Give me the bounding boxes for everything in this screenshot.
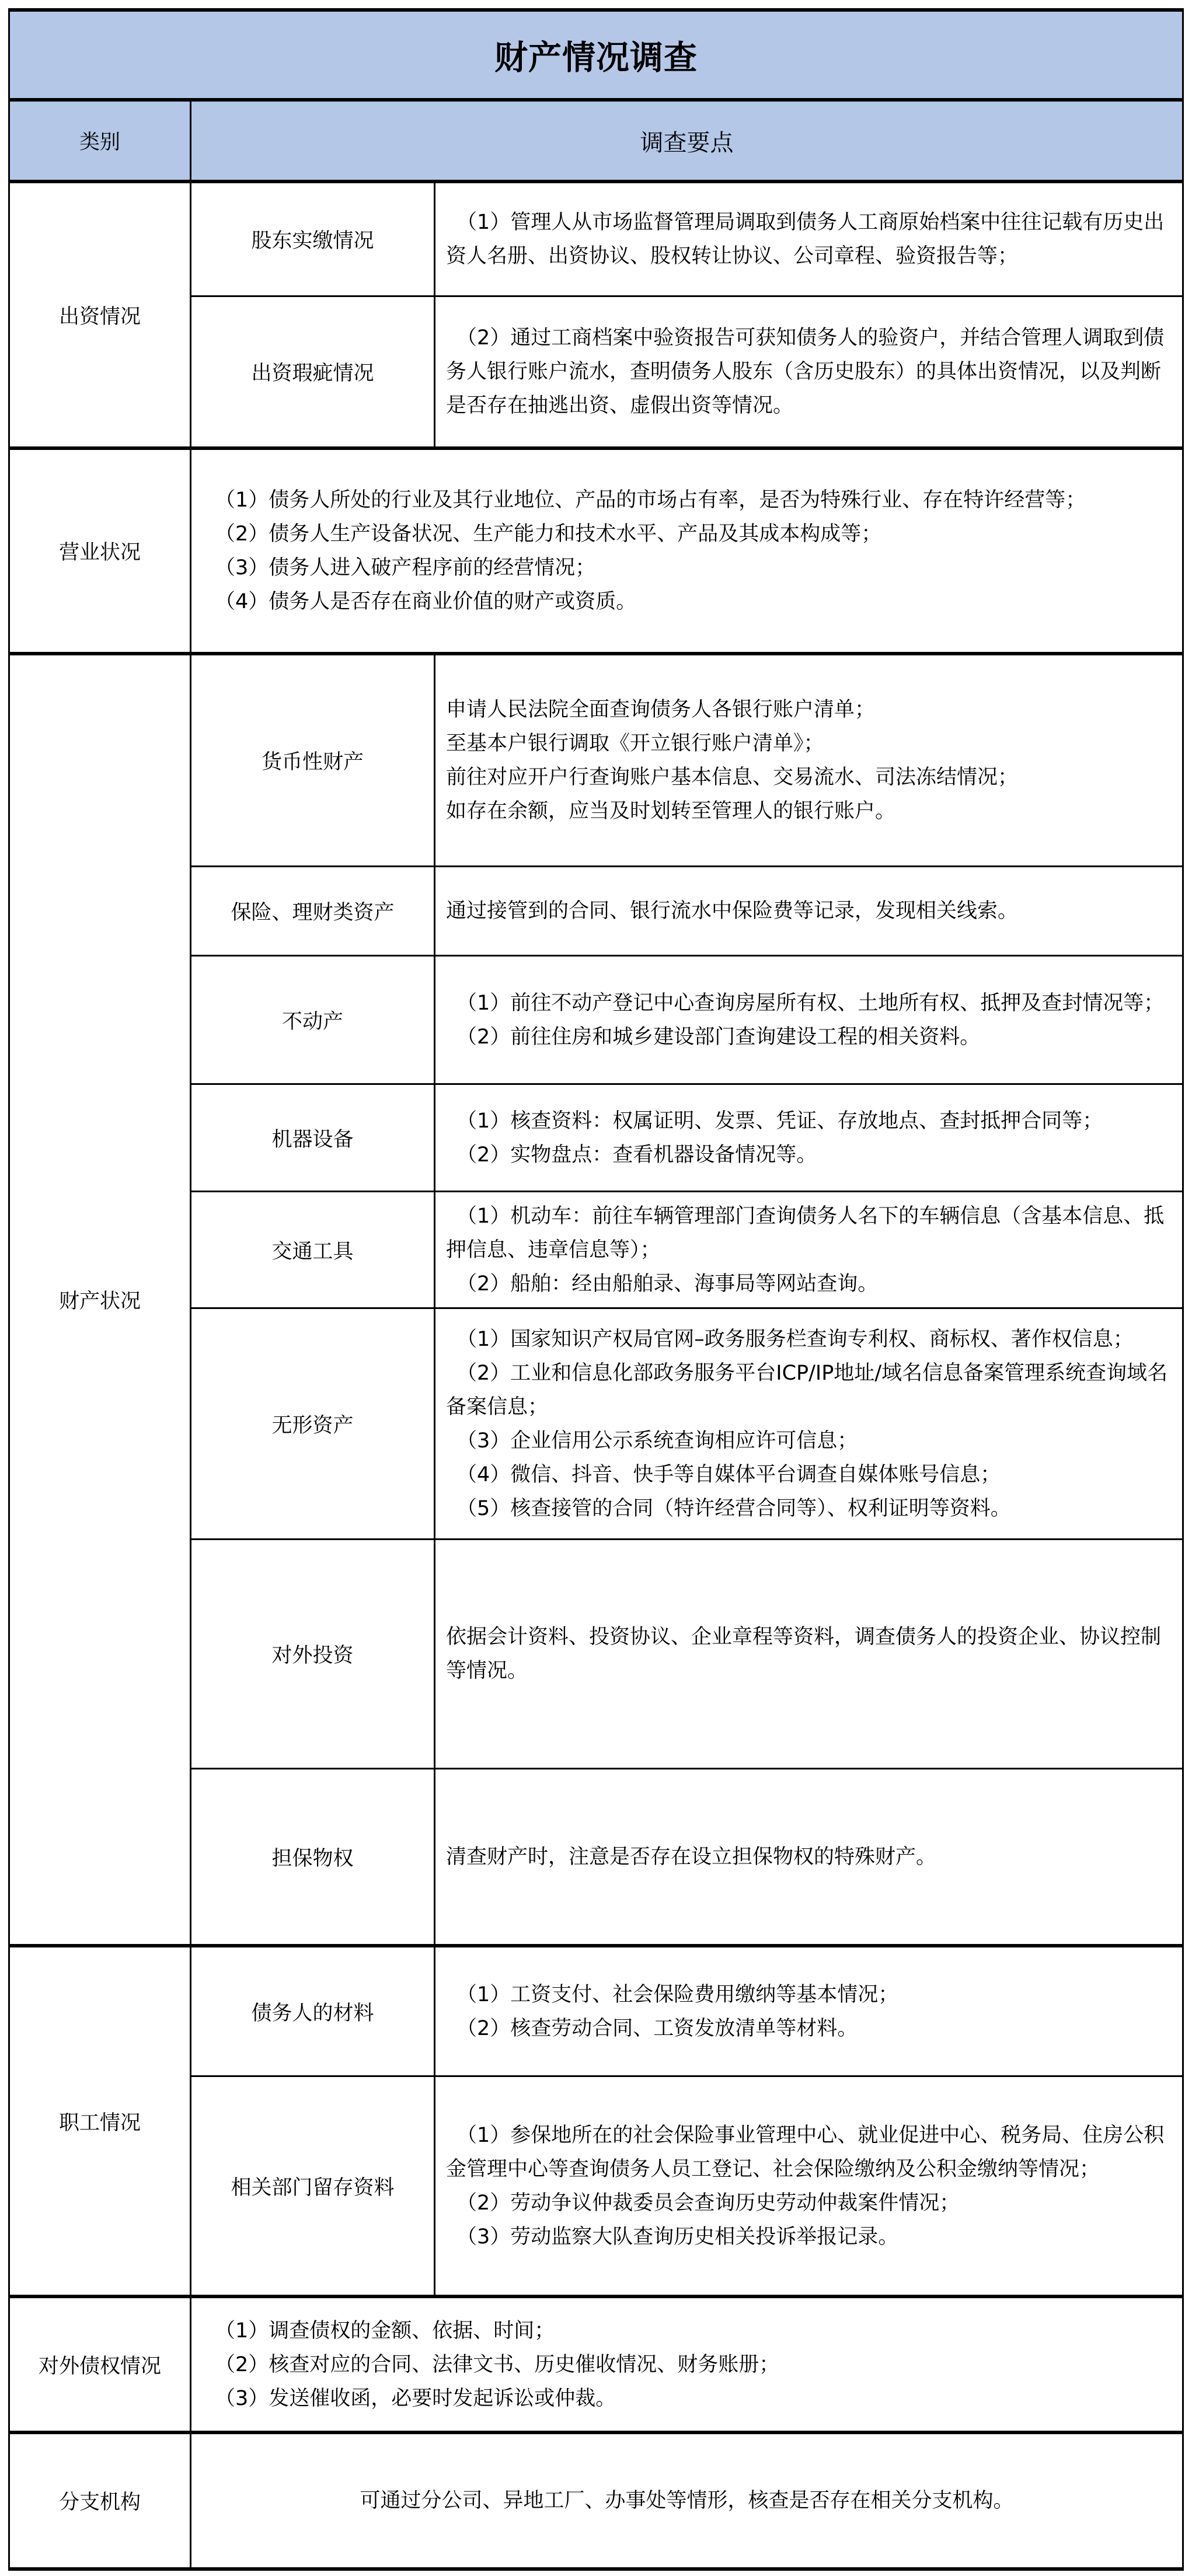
detail-line: 前往对应开户行查询账户基本信息、交易流水、司法冻结情况； — [446, 760, 1172, 794]
category-cell: 营业状况 — [10, 450, 190, 652]
table-row: 交通工具 （1）机动车：前往车辆管理部门查询债务人名下的车辆信息（含基本信息、抵… — [191, 1192, 1182, 1307]
detail-cell: （1）管理人从市场监督管理局调取到债务人工商原始档案中往往记载有历史出资人名册、… — [435, 183, 1182, 295]
subcategory-cell: 无形资产 — [191, 1309, 434, 1538]
detail-line: （3）发送催收函，必要时发起诉讼或仲裁。 — [204, 2382, 1172, 2416]
detail-cell: 可通过分公司、异地工厂、办事处等情形，核查是否存在相关分支机构。 — [191, 2434, 1182, 2567]
detail-line: 通过接管到的合同、银行流水中保险费等记录，发现相关线索。 — [446, 894, 1172, 928]
detail-cell: 依据会计资料、投资协议、企业章程等资料，调查债务人的投资企业、协议控制等情况。 — [435, 1540, 1182, 1768]
table-row: 机器设备 （1）核查资料：权属证明、发票、凭证、存放地点、查封抵押合同等； （2… — [191, 1085, 1182, 1191]
detail-line: （1）管理人从市场监督管理局调取到债务人工商原始档案中往往记载有历史出资人名册、… — [446, 205, 1172, 273]
detail-line: （2）工业和信息化部政务服务平台ICP/IP地址/域名信息备案管理系统查询域名备… — [446, 1356, 1172, 1424]
detail-line: （1）参保地所在的社会保险事业管理中心、就业促进中心、税务局、住房公积金管理中心… — [446, 2118, 1172, 2186]
detail-line: （5）核查接管的合同（特许经营合同等）、权利证明等资料。 — [446, 1492, 1172, 1526]
category-cell: 出资情况 — [10, 183, 190, 446]
detail-line: （1）调查债权的金额、依据、时间； — [204, 2314, 1172, 2348]
detail-line: （2）前往住房和城乡建设部门查询建设工程的相关资料。 — [446, 1020, 1172, 1054]
detail-line: 如存在余额，应当及时划转至管理人的银行账户。 — [446, 794, 1172, 828]
table-row: 债务人的材料 （1）工资支付、社会保险费用缴纳等基本情况； （2）核查劳动合同、… — [191, 1947, 1182, 2075]
subcategory-cell: 出资瑕疵情况 — [191, 297, 434, 446]
detail-line: 可通过分公司、异地工厂、办事处等情形，核查是否存在相关分支机构。 — [360, 2484, 1013, 2518]
subcategory-cell: 机器设备 — [191, 1085, 434, 1191]
table-row: 无形资产 （1）国家知识产权局官网–政务服务栏查询专利权、商标权、著作权信息； … — [191, 1309, 1182, 1538]
detail-line: （2）实物盘点：查看机器设备情况等。 — [446, 1138, 1172, 1172]
section-branch-offices: 分支机构 可通过分公司、异地工厂、办事处等情形，核查是否存在相关分支机构。 — [10, 2434, 1182, 2567]
detail-cell: （1）工资支付、社会保险费用缴纳等基本情况； （2）核查劳动合同、工资发放清单等… — [435, 1947, 1182, 2075]
header-row: 类别 调查要点 — [10, 102, 1182, 180]
detail-line: （1）工资支付、社会保险费用缴纳等基本情况； — [446, 1978, 1172, 2012]
property-investigation-table: 财产情况调查 类别 调查要点 出资情况 股东实缴情况 （1）管理人从市场监督管理… — [8, 8, 1184, 2571]
section-employee-status: 职工情况 债务人的材料 （1）工资支付、社会保险费用缴纳等基本情况； （2）核查… — [10, 1947, 1182, 2295]
table-row: 相关部门留存资料 （1）参保地所在的社会保险事业管理中心、就业促进中心、税务局、… — [191, 2077, 1182, 2295]
header-category: 类别 — [10, 102, 190, 180]
table-row: 出资瑕疵情况 （2）通过工商档案中验资报告可获知债务人的验资户，并结合管理人调取… — [191, 297, 1182, 446]
table-row: 保险、理财类资产 通过接管到的合同、银行流水中保险费等记录，发现相关线索。 — [191, 867, 1182, 955]
detail-line: （1）前往不动产登记中心查询房屋所有权、土地所有权、抵押及查封情况等； — [446, 986, 1172, 1020]
detail-line: （3）债务人进入破产程序前的经营情况； — [204, 551, 1172, 585]
subcategory-cell: 相关部门留存资料 — [191, 2077, 434, 2295]
subcategory-cell: 交通工具 — [191, 1192, 434, 1307]
subcategory-cell: 不动产 — [191, 957, 434, 1083]
detail-line: （2）劳动争议仲裁委员会查询历史劳动仲裁案件情况； — [446, 2186, 1172, 2220]
table-row: 不动产 （1）前往不动产登记中心查询房屋所有权、土地所有权、抵押及查封情况等； … — [191, 957, 1182, 1083]
category-cell: 财产状况 — [10, 655, 190, 1944]
detail-line: （2）债务人生产设备状况、生产能力和技术水平、产品及其成本构成等； — [204, 517, 1172, 551]
detail-cell: （1）参保地所在的社会保险事业管理中心、就业促进中心、税务局、住房公积金管理中心… — [435, 2077, 1182, 2295]
detail-cell: （2）通过工商档案中验资报告可获知债务人的验资户，并结合管理人调取到债务人银行账… — [435, 297, 1182, 446]
header-points: 调查要点 — [191, 102, 1182, 180]
detail-line: （4）债务人是否存在商业价值的财产或资质。 — [204, 585, 1172, 619]
table-title: 财产情况调查 — [10, 12, 1182, 98]
category-cell: 对外债权情况 — [10, 2298, 190, 2431]
table-row: 货币性财产 申请人民法院全面查询债务人各银行账户清单； 至基本户银行调取《开立银… — [191, 655, 1182, 865]
detail-line: 依据会计资料、投资协议、企业章程等资料，调查债务人的投资企业、协议控制等情况。 — [446, 1620, 1172, 1688]
detail-line: （3）企业信用公示系统查询相应许可信息； — [446, 1424, 1172, 1458]
detail-line: （1）国家知识产权局官网–政务服务栏查询专利权、商标权、著作权信息； — [446, 1322, 1172, 1356]
table-row: 股东实缴情况 （1）管理人从市场监督管理局调取到债务人工商原始档案中往往记载有历… — [191, 183, 1182, 295]
subcategory-cell: 保险、理财类资产 — [191, 867, 434, 955]
category-cell: 职工情况 — [10, 1947, 190, 2295]
detail-line: （3）劳动监察大队查询历史相关投诉举报记录。 — [446, 2220, 1172, 2254]
detail-cell: （1）债务人所处的行业及其行业地位、产品的市场占有率，是否为特殊行业、存在特许经… — [191, 450, 1182, 652]
section-external-claims: 对外债权情况 （1）调查债权的金额、依据、时间； （2）核查对应的合同、法律文书… — [10, 2298, 1182, 2431]
detail-cell: 清查财产时，注意是否存在设立担保物权的特殊财产。 — [435, 1769, 1182, 1944]
detail-cell: （1）机动车：前往车辆管理部门查询债务人名下的车辆信息（含基本信息、抵押信息、违… — [435, 1192, 1182, 1307]
subcategory-cell: 债务人的材料 — [191, 1947, 434, 2075]
subcategory-cell: 担保物权 — [191, 1769, 434, 1944]
detail-cell: （1）前往不动产登记中心查询房屋所有权、土地所有权、抵押及查封情况等； （2）前… — [435, 957, 1182, 1083]
detail-line: （4）微信、抖音、快手等自媒体平台调查自媒体账号信息； — [446, 1458, 1172, 1492]
section-business-status: 营业状况 （1）债务人所处的行业及其行业地位、产品的市场占有率，是否为特殊行业、… — [10, 450, 1182, 652]
detail-line: （2）通过工商档案中验资报告可获知债务人的验资户，并结合管理人调取到债务人银行账… — [446, 321, 1172, 423]
section-capital-contribution: 出资情况 股东实缴情况 （1）管理人从市场监督管理局调取到债务人工商原始档案中往… — [10, 183, 1182, 446]
detail-line: （1）机动车：前往车辆管理部门查询债务人名下的车辆信息（含基本信息、抵押信息、违… — [446, 1199, 1172, 1267]
detail-line: （2）核查劳动合同、工资发放清单等材料。 — [446, 2012, 1172, 2046]
detail-cell: （1）核查资料：权属证明、发票、凭证、存放地点、查封抵押合同等； （2）实物盘点… — [435, 1085, 1182, 1191]
detail-line: （1）债务人所处的行业及其行业地位、产品的市场占有率，是否为特殊行业、存在特许经… — [204, 483, 1172, 517]
category-cell: 分支机构 — [10, 2434, 190, 2567]
detail-cell: 申请人民法院全面查询债务人各银行账户清单； 至基本户银行调取《开立银行账户清单》… — [435, 655, 1182, 865]
table-bottom-border — [10, 2567, 1182, 2571]
detail-line: （2）核查对应的合同、法律文书、历史催收情况、财务账册； — [204, 2348, 1172, 2382]
detail-line: 申请人民法院全面查询债务人各银行账户清单； — [446, 693, 1172, 727]
table-row: 对外投资 依据会计资料、投资协议、企业章程等资料，调查债务人的投资企业、协议控制… — [191, 1540, 1182, 1768]
detail-line: 至基本户银行调取《开立银行账户清单》； — [446, 727, 1172, 760]
subcategory-cell: 对外投资 — [191, 1540, 434, 1768]
detail-line: （1）核查资料：权属证明、发票、凭证、存放地点、查封抵押合同等； — [446, 1104, 1172, 1138]
detail-line: （2）船舶：经由船舶录、海事局等网站查询。 — [446, 1267, 1172, 1301]
detail-line: 清查财产时，注意是否存在设立担保物权的特殊财产。 — [446, 1840, 1172, 1874]
table-row: 担保物权 清查财产时，注意是否存在设立担保物权的特殊财产。 — [191, 1769, 1182, 1944]
detail-cell: 通过接管到的合同、银行流水中保险费等记录，发现相关线索。 — [435, 867, 1182, 955]
detail-cell: （1）国家知识产权局官网–政务服务栏查询专利权、商标权、著作权信息； （2）工业… — [435, 1309, 1182, 1538]
subcategory-cell: 股东实缴情况 — [191, 183, 434, 295]
detail-cell: （1）调查债权的金额、依据、时间； （2）核查对应的合同、法律文书、历史催收情况… — [191, 2298, 1182, 2431]
subcategory-cell: 货币性财产 — [191, 655, 434, 865]
section-property-status: 财产状况 货币性财产 申请人民法院全面查询债务人各银行账户清单； 至基本户银行调… — [10, 655, 1182, 1944]
